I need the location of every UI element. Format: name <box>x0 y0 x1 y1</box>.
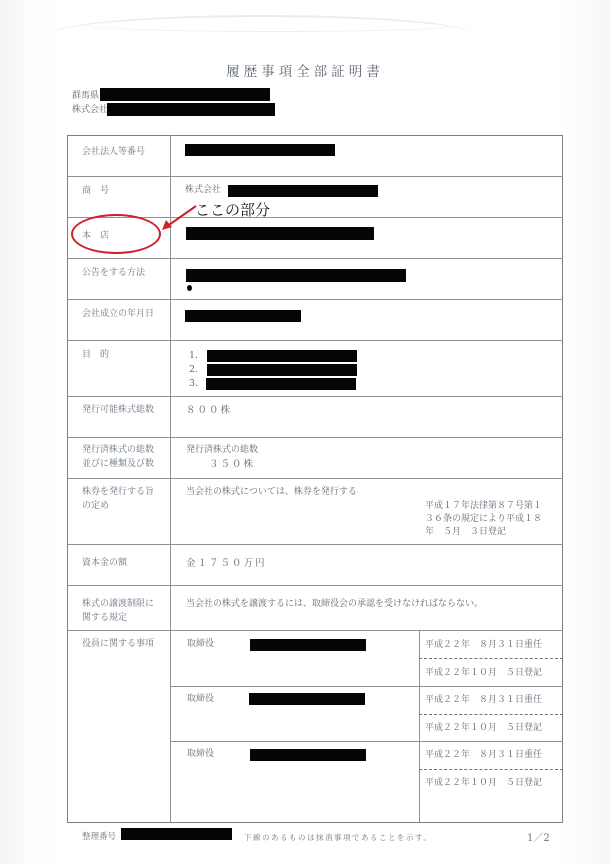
officer-1-registered: 平成２２年１０月 ５日登記 <box>425 667 542 680</box>
column-divider <box>170 135 171 823</box>
date-divider-dashed <box>419 714 563 715</box>
page-edge-shadow-inner <box>80 17 470 32</box>
redacted-officer-1-name <box>250 639 366 651</box>
row-divider <box>67 176 563 177</box>
redacted-company-name <box>107 103 275 116</box>
share-certificate-note-3: 年 ５月 ３日登記 <box>425 526 506 539</box>
purpose-item-3-number: 3. <box>189 377 198 390</box>
issued-shares-value: ３５０株 <box>186 458 255 471</box>
row-divider <box>67 437 563 438</box>
officer-2-registered: 平成２２年１０月 ５日登記 <box>425 722 542 735</box>
date-divider-dashed <box>419 769 563 770</box>
redacted-officer-2-name <box>249 693 365 705</box>
label-share-certificate-1: 株券を発行する旨 <box>82 485 154 499</box>
label-transfer-restriction-2: 関する規定 <box>82 611 127 625</box>
red-circle-highlight <box>71 214 161 254</box>
purpose-item-2-number: 2. <box>189 363 198 376</box>
row-divider <box>67 299 563 300</box>
label-purpose: 目 的 <box>82 348 109 362</box>
officer-2-reappointed: 平成２２年 ８月３１日重任 <box>425 694 542 707</box>
label-corporate-number: 会社法人等番号 <box>82 145 145 159</box>
label-share-certificate-2: の定め <box>82 499 109 513</box>
company-name-prefix: 株式会社 <box>72 102 108 115</box>
officer-2-role: 取締役 <box>187 693 214 706</box>
redacted-address <box>100 88 270 101</box>
underline-note: 下線のあるものは抹消事項であることを示す。 <box>244 832 432 843</box>
row-divider <box>67 630 563 631</box>
share-certificate-value: 当会社の株式については、株券を発行する <box>186 486 357 499</box>
officer-1-role: 取締役 <box>187 638 214 651</box>
row-divider <box>67 396 563 397</box>
label-issued-shares-1: 発行済株式の総数 <box>82 443 154 457</box>
trade-name-prefix: 株式会社 <box>185 184 221 197</box>
redacted-head-office <box>186 227 374 240</box>
page-number: 1／2 <box>527 829 550 844</box>
issued-shares-heading: 発行済株式の総数 <box>186 444 258 457</box>
label-authorized-shares: 発行可能株式総数 <box>82 403 154 417</box>
row-divider <box>67 478 563 479</box>
officer-1-reappointed: 平成２２年 ８月３１日重任 <box>425 639 542 652</box>
transfer-restriction-value: 当会社の株式を譲渡するには、取締役会の承認を受けなければならない。 <box>186 598 483 611</box>
label-officers: 役員に関する事項 <box>82 637 154 651</box>
capital-value: 金１７５０万円 <box>186 557 267 570</box>
document-title: 履歴事項全部証明書 <box>0 60 610 80</box>
redacted-public-notice-method <box>186 269 406 282</box>
label-establishment-date: 会社成立の年月日 <box>82 307 154 321</box>
redacted-officer-3-name <box>250 749 366 761</box>
redacted-corporate-number <box>185 144 335 156</box>
reference-number-label: 整理番号 <box>82 830 116 842</box>
share-certificate-note-2: ３６条の規定により平成１８ <box>425 513 542 526</box>
officer-3-reappointed: 平成２２年 ８月３１日重任 <box>425 749 542 762</box>
share-certificate-note-1: 平成１７年法律第８７号第１ <box>425 500 542 513</box>
authorized-shares-value: ８００株 <box>186 404 232 417</box>
label-capital: 資本金の額 <box>82 556 127 570</box>
date-divider-dashed <box>419 658 563 659</box>
redacted-purpose-1 <box>207 350 357 362</box>
redacted-purpose-2 <box>207 364 357 376</box>
purpose-item-1-number: 1. <box>189 349 198 362</box>
redacted-establishment-date <box>185 310 301 322</box>
certificate-page: 履歴事項全部証明書 群馬県 株式会社 会社法人等番号 商 号 株式会社 ここの部… <box>0 0 610 864</box>
officer-3-registered: 平成２２年１０月 ５日登記 <box>425 777 542 790</box>
row-divider <box>67 258 563 259</box>
label-issued-shares-2: 並びに種類及び数 <box>82 457 154 471</box>
redaction-mark <box>187 285 192 291</box>
officer-divider <box>170 686 563 687</box>
address-prefix: 群馬県 <box>72 88 99 101</box>
row-divider <box>67 585 563 586</box>
label-public-notice-method: 公告をする方法 <box>82 266 145 280</box>
annotation-text: ここの部分 <box>195 199 270 220</box>
officer-divider <box>170 741 563 742</box>
row-divider <box>67 340 563 341</box>
row-divider <box>67 544 563 545</box>
redacted-purpose-3 <box>206 378 356 390</box>
label-transfer-restriction-1: 株式の譲渡制限に <box>82 597 154 611</box>
redacted-trade-name <box>228 185 378 197</box>
label-trade-name: 商 号 <box>82 184 109 198</box>
redacted-reference-number <box>121 828 232 840</box>
officer-3-role: 取締役 <box>187 748 214 761</box>
